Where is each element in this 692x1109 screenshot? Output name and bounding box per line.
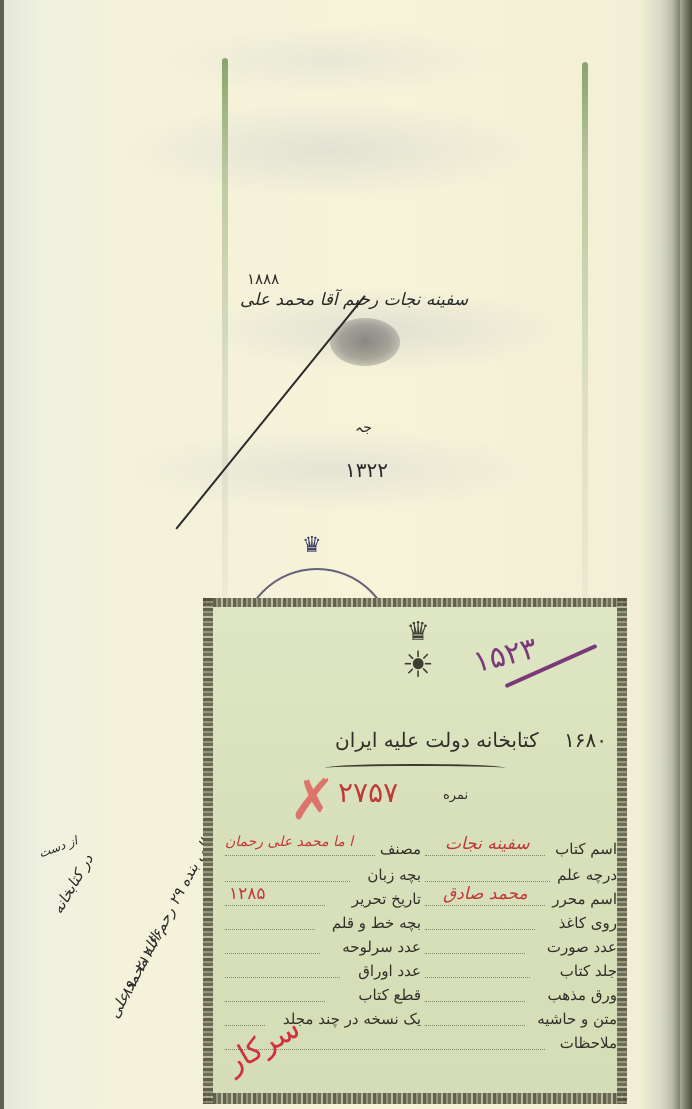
library-name: کتابخانه دولت علیه ایران	[335, 728, 539, 752]
ornamental-border-left	[203, 598, 213, 1104]
margin-note: ۶۶ ۲۱۲ ۸۹۰	[117, 927, 168, 1001]
margin-note: در کتابخانه	[49, 851, 97, 917]
field-value: سفینه نجات	[445, 834, 530, 854]
dotted-line	[225, 929, 315, 930]
field-value: محمد صادق	[443, 884, 528, 904]
field-headpieces: عدد سرلوحه	[225, 938, 421, 960]
library-title: ۱۶۸۰ کتابخانه دولت علیه ایران	[247, 728, 607, 752]
field-text-margin: متن و حاشیه	[425, 1010, 617, 1032]
field-label: عدد اوراق	[358, 962, 421, 980]
dotted-line	[425, 1001, 525, 1002]
dotted-line	[425, 905, 545, 906]
dotted-line	[225, 953, 320, 954]
field-script: بچه خط و قلم	[225, 914, 421, 936]
field-scribe: اسم محرر محمد صادق	[425, 890, 617, 912]
dotted-line	[425, 1025, 525, 1026]
margin-note: از دست	[37, 834, 79, 861]
dotted-line	[225, 1025, 265, 1026]
field-label: عدد سرلوحه	[342, 938, 421, 956]
lion-sun-icon: ☀	[373, 646, 463, 686]
dotted-line	[225, 1001, 325, 1002]
field-label: مصنف	[380, 840, 421, 858]
field-label: درچه علم	[557, 866, 617, 884]
field-author: مصنف ا ما محمد علی رحمان	[225, 840, 421, 862]
field-leaf-count: عدد اوراق	[225, 962, 421, 984]
field-label: بچه خط و قلم	[332, 914, 421, 932]
field-label: روی کاغذ	[559, 914, 617, 932]
field-paper: روی کاغذ	[425, 914, 617, 936]
crown-icon: ♛	[373, 618, 463, 646]
dotted-line	[425, 929, 535, 930]
dotted-line	[425, 881, 550, 882]
field-label: ملاحظات	[560, 1034, 617, 1052]
left-page-edge	[0, 0, 4, 1109]
catalog-number-value: ۲۷۵۷	[338, 776, 398, 809]
right-page-edge	[680, 0, 692, 1109]
field-label: بچه زبان	[367, 866, 421, 884]
dotted-line	[425, 953, 525, 954]
catalog-number-label: نمره	[443, 788, 468, 803]
header-number: ۱۶۸۰	[564, 728, 607, 752]
field-book-size: قطع کتاب	[225, 986, 421, 1008]
dotted-line	[425, 855, 545, 856]
field-value: ا ما محمد علی رحمان	[225, 834, 353, 850]
field-binding: جلد کتاب	[425, 962, 617, 984]
field-label: جلد کتاب	[560, 962, 617, 980]
field-illustrations: عدد صورت	[425, 938, 617, 960]
ruled-margin-line-left	[222, 58, 228, 598]
ornamental-border-top	[203, 598, 627, 607]
field-book-name: اسم کتاب سفینه نجات	[425, 840, 617, 862]
dotted-line	[225, 855, 375, 856]
dotted-line	[225, 977, 340, 978]
ornamental-border-bottom	[203, 1093, 627, 1104]
dotted-line	[225, 905, 325, 906]
dotted-line	[425, 977, 530, 978]
field-label: یک نسخه در چند مجلد	[283, 1010, 421, 1028]
field-label: عدد صورت	[547, 938, 617, 956]
small-crown-stamp-icon: ♛	[302, 533, 322, 558]
field-label: ورق مذهب	[548, 986, 617, 1004]
decorative-divider	[325, 764, 505, 772]
red-cross-mark-icon: ✗	[289, 768, 336, 833]
field-label: تاریخ تحریر	[352, 890, 421, 908]
field-label: اسم کتاب	[555, 840, 617, 858]
field-gilded-leaves: ورق مذهب	[425, 986, 617, 1008]
ruled-margin-line-right	[582, 62, 588, 602]
field-value: ۱۲۸۵	[229, 884, 266, 904]
library-catalog-label: ♛ ☀ ۱۵۲۳ ۱۶۸۰ کتابخانه دولت علیه ایران ✗…	[203, 598, 627, 1104]
inscription-mark: جہ	[355, 420, 372, 436]
pen-stroke	[175, 295, 365, 529]
inscription-year: ۱۳۲۲	[345, 458, 388, 482]
field-label: قطع کتاب	[358, 986, 421, 1004]
manuscript-page: ۱۸۸۸ سفینه نجات رحیم آقا محمد علی جہ ۱۳۲…	[0, 0, 692, 1109]
inscription-number: ۱۸۸۸	[247, 270, 279, 288]
field-label: اسم محرر	[552, 890, 617, 908]
lion-and-sun-emblem: ♛ ☀	[373, 618, 463, 698]
ornamental-border-right	[617, 598, 627, 1104]
field-date-written: تاریخ تحریر ۱۲۸۵	[225, 890, 421, 912]
field-label: متن و حاشیه	[537, 1010, 617, 1028]
dotted-line	[225, 881, 350, 882]
